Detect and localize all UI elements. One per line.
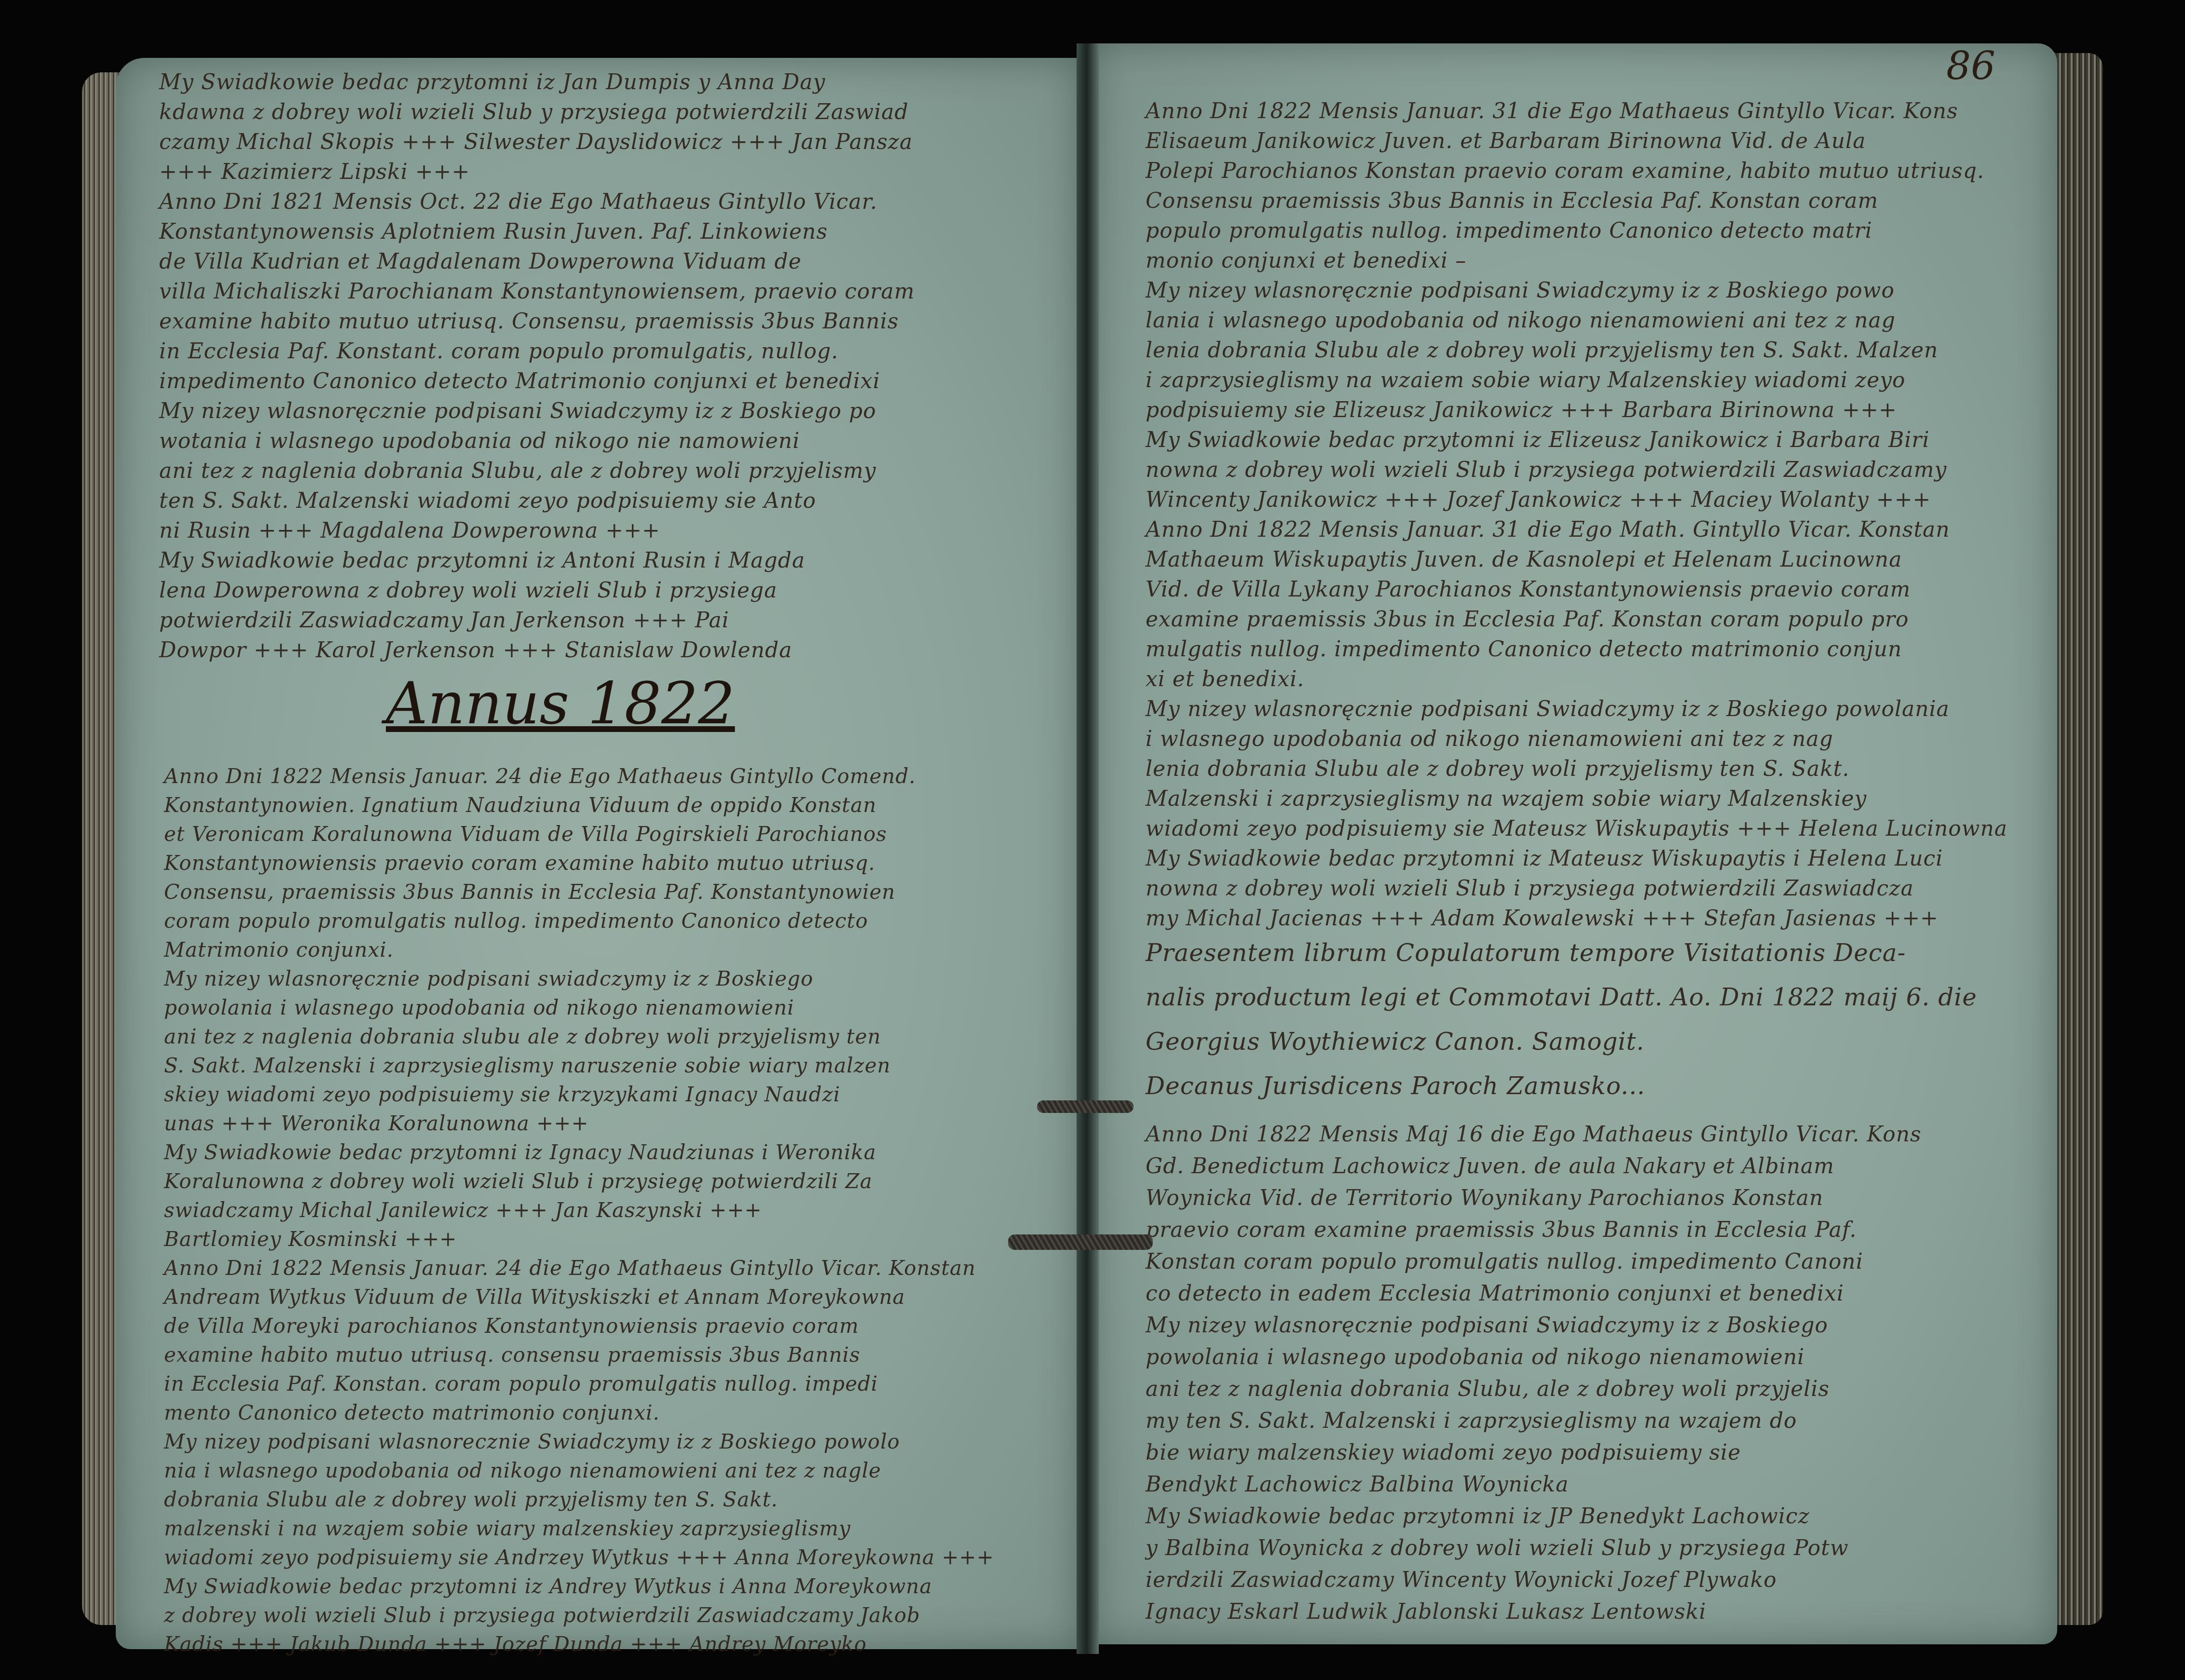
handwritten-line: mulgatis nullog. impedimento Canonico de… [1146, 635, 2007, 664]
handwritten-line: Anno Dni 1822 Mensis Januar. 24 die Ego … [164, 762, 994, 791]
handwritten-line: ani tez z naglenia dobrania slubu ale z … [164, 1022, 994, 1051]
handwritten-line: Dowpor +++ Karol Jerkenson +++ Stanislaw… [159, 636, 915, 665]
handwritten-line: examine habito mutuo utriusq. Consensu, … [159, 307, 915, 337]
handwritten-line: monio conjunxi et benedixi – [1146, 246, 2007, 276]
handwritten-line: czamy Michal Skopis +++ Silwester Daysli… [159, 127, 915, 157]
handwritten-line: in Ecclesia Paf. Konstant. coram populo … [159, 337, 915, 366]
handwritten-line: My Swiadkowie bedac przytomni iz Elizeus… [1146, 425, 2007, 455]
handwritten-line: My nizey podpisani wlasnorecznie Swiadcz… [164, 1427, 994, 1456]
handwritten-line: Anno Dni 1822 Mensis Januar. 31 die Ego … [1146, 515, 2007, 545]
handwritten-line: +++ Kazimierz Lipski +++ [159, 157, 915, 187]
page-number: 86 [1946, 43, 1995, 88]
handwritten-line: lania i wlasnego upodobania od nikogo ni… [1146, 306, 2007, 336]
handwritten-line: My Swiadkowie bedac przytomni iz Jan Dum… [159, 68, 915, 97]
handwritten-line: lenia dobrania Slubu ale z dobrey woli p… [1146, 754, 2007, 784]
handwritten-line: My nizey wlasnoręcznie podpisani Swiadcz… [1146, 276, 2007, 306]
handwritten-line: nowna z dobrey woli wzieli Slub i przysi… [1146, 874, 2007, 904]
handwritten-line: Woynicka Vid. de Territorio Woynikany Pa… [1146, 1182, 1922, 1214]
handwritten-line: y Balbina Woynicka z dobrey woli wzieli … [1146, 1532, 1922, 1564]
handwritten-line: Decanus Jurisdicens Paroch Zamusko... [1146, 1064, 1977, 1108]
handwritten-line: unas +++ Weronika Koralunowna +++ [164, 1109, 994, 1138]
handwritten-line: powolania i wlasnego upodobania od nikog… [164, 993, 994, 1022]
handwritten-line: Polepi Parochianos Konstan praevio coram… [1146, 156, 2007, 186]
handwritten-line: Konstan coram populo promulgatis nullog.… [1146, 1246, 1922, 1278]
handwritten-line: populo promulgatis nullog. impedimento C… [1146, 216, 2007, 246]
handwritten-line: lenia dobrania Slubu ale z dobrey woli p… [1146, 336, 2007, 366]
handwritten-line: wiadomi zeyo podpisuiemy sie Andrzey Wyt… [164, 1543, 994, 1572]
handwritten-line: nia i wlasnego upodobania od nikogo nien… [164, 1456, 994, 1485]
handwritten-line: Praesentem librum Copulatorum tempore Vi… [1146, 931, 1977, 975]
handwritten-line: Malzenski i zaprzysieglismy na wzajem so… [1146, 784, 2007, 814]
handwritten-line: Matrimonio conjunxi. [164, 935, 994, 964]
handwritten-line: My Swiadkowie bedac przytomni iz Ignacy … [164, 1138, 994, 1167]
handwritten-line: ani tez z naglenia dobrania Slubu, ale z… [1146, 1373, 1922, 1405]
handwritten-line: Consensu, praemissis 3bus Bannis in Eccl… [164, 878, 994, 907]
handwritten-line: ni Rusin +++ Magdalena Dowperowna +++ [159, 516, 915, 546]
handwritten-line: S. Sakt. Malzenski i zaprzysieglismy nar… [164, 1051, 994, 1080]
handwritten-line: ten S. Sakt. Malzenski wiadomi zeyo podp… [159, 486, 915, 516]
handwritten-line: Bendykt Lachowicz Balbina Woynicka [1146, 1469, 1922, 1501]
handwritten-line: My nizey wlasnoręcznie podpisani Swiadcz… [1146, 694, 2007, 724]
handwritten-line: Mathaeum Wiskupaytis Juven. de Kasnolepi… [1146, 545, 2007, 575]
handwritten-line: villa Michaliszki Parochianam Konstantyn… [159, 277, 915, 307]
handwritten-line: my Michal Jacienas +++ Adam Kowalewski +… [1146, 904, 2007, 934]
handwritten-line: Consensu praemissis 3bus Bannis in Eccle… [1146, 186, 2007, 216]
open-register-book: My Swiadkowie bedac przytomni iz Jan Dum… [0, 0, 2185, 1680]
handwritten-line: Anno Dni 1822 Mensis Januar. 31 die Ego … [1146, 96, 2007, 126]
handwritten-line: Konstantynowiensis praevio coram examine… [164, 849, 994, 878]
handwritten-line: i zaprzysieglismy na wzaiem sobie wiary … [1146, 366, 2007, 395]
handwritten-line: de Villa Moreyki parochianos Konstantyno… [164, 1312, 994, 1341]
book-gutter [1077, 43, 1099, 1654]
handwritten-line: Koralunowna z dobrey woli wzieli Slub i … [164, 1167, 994, 1196]
handwritten-line: impedimento Canonico detecto Matrimonio … [159, 366, 915, 396]
handwritten-line: Elisaeum Janikowicz Juven. et Barbaram B… [1146, 126, 2007, 156]
left-page: My Swiadkowie bedac przytomni iz Jan Dum… [116, 58, 1080, 1649]
handwritten-line: powolania i wlasnego upodobania od nikog… [1146, 1341, 1922, 1373]
handwritten-line: potwierdzili Zaswiadczamy Jan Jerkenson … [159, 606, 915, 636]
handwritten-line: Andream Wytkus Viduum de Villa Wityskisz… [164, 1283, 994, 1312]
handwritten-line: skiey wiadomi zeyo podpisuiemy sie krzyz… [164, 1080, 994, 1109]
handwritten-line: Bartlomiey Kosminski +++ [164, 1225, 994, 1254]
handwritten-line: my ten S. Sakt. Malzenski i zaprzysiegli… [1146, 1405, 1922, 1437]
handwritten-line: My nizey wlasnoręcznie podpisani Swiadcz… [1146, 1310, 1922, 1341]
handwritten-line: co detecto in eadem Ecclesia Matrimonio … [1146, 1278, 1922, 1310]
handwritten-line: examine habito mutuo utriusq. consensu p… [164, 1341, 994, 1369]
handwritten-line: lena Dowperowna z dobrey woli wzieli Slu… [159, 576, 915, 606]
handwritten-line: dobrania Slubu ale z dobrey woli przyjel… [164, 1485, 994, 1514]
handwritten-line: podpisuiemy sie Elizeusz Janikowicz +++ … [1146, 395, 2007, 425]
handwritten-line: malzenski i na wzajem sobie wiary malzen… [164, 1514, 994, 1543]
handwritten-line: Wincenty Janikowicz +++ Jozef Jankowicz … [1146, 485, 2007, 515]
left-entries-top: My Swiadkowie bedac przytomni iz Jan Dum… [159, 68, 915, 665]
handwritten-line: wotania i wlasnego upodobania od nikogo … [159, 426, 915, 456]
handwritten-line: nowna z dobrey woli wzieli Slub i przysi… [1146, 455, 2007, 485]
right-page: 86 Anno Dni 1822 Mensis Januar. 31 die E… [1092, 43, 2057, 1644]
left-entries-bottom: Anno Dni 1822 Mensis Januar. 24 die Ego … [164, 762, 994, 1659]
right-entries-bottom: Anno Dni 1822 Mensis Maj 16 die Ego Math… [1146, 1119, 1922, 1628]
handwritten-line: Gd. Benedictum Lachowicz Juven. de aula … [1146, 1151, 1922, 1182]
binding-thread-lower [1008, 1234, 1153, 1250]
year-heading-text: Annus 1822 [386, 668, 735, 740]
handwritten-line: My Swiadkowie bedac przytomni iz Antoni … [159, 546, 915, 576]
handwritten-line: in Ecclesia Paf. Konstan. coram populo p… [164, 1369, 994, 1398]
visitation-note: Praesentem librum Copulatorum tempore Vi… [1146, 931, 1977, 1108]
handwritten-line: Konstantynowien. Ignatium Naudziuna Vidu… [164, 791, 994, 820]
right-entries-top: Anno Dni 1822 Mensis Januar. 31 die Ego … [1146, 96, 2007, 934]
handwritten-line: z dobrey woli wzieli Slub i przysiega po… [164, 1601, 994, 1630]
handwritten-line: nalis productum legi et Commotavi Datt. … [1146, 975, 1977, 1019]
handwritten-line: wiadomi zeyo podpisuiemy sie Mateusz Wis… [1146, 814, 2007, 844]
handwritten-line: ani tez z naglenia dobrania Slubu, ale z… [159, 456, 915, 486]
handwritten-line: de Villa Kudrian et Magdalenam Dowperown… [159, 247, 915, 277]
handwritten-line: Anno Dni 1822 Mensis Maj 16 die Ego Math… [1146, 1119, 1922, 1151]
handwritten-line: My Swiadkowie bedac przytomni iz Mateusz… [1146, 844, 2007, 874]
binding-thread-upper [1037, 1100, 1133, 1113]
handwritten-line: Anno Dni 1821 Mensis Oct. 22 die Ego Mat… [159, 187, 915, 217]
handwritten-line: swiadczamy Michal Janilewicz +++ Jan Kas… [164, 1196, 994, 1225]
handwritten-line: My Swiadkowie bedac przytomni iz Andrey … [164, 1572, 994, 1601]
handwritten-line: bie wiary malzenskiey wiadomi zeyo podpi… [1146, 1437, 1922, 1469]
handwritten-line: ierdzili Zaswiadczamy Wincenty Woynicki … [1146, 1564, 1922, 1596]
handwritten-line: Kadis +++ Jakub Dunda +++ Jozef Dunda ++… [164, 1630, 994, 1659]
handwritten-line: Konstantynowensis Aplotniem Rusin Juven.… [159, 217, 915, 247]
handwritten-line: Ignacy Eskarl Ludwik Jablonski Lukasz Le… [1146, 1596, 1922, 1628]
handwritten-line: kdawna z dobrey woli wzieli Slub y przys… [159, 97, 915, 127]
handwritten-line: i wlasnego upodobania od nikogo nienamow… [1146, 724, 2007, 754]
handwritten-line: My Swiadkowie bedac przytomni iz JP Bene… [1146, 1501, 1922, 1532]
handwritten-line: examine praemissis 3bus in Ecclesia Paf.… [1146, 605, 2007, 635]
handwritten-line: Georgius Woythiewicz Canon. Samogit. [1146, 1019, 1977, 1064]
handwritten-line: Vid. de Villa Lykany Parochianos Konstan… [1146, 575, 2007, 605]
handwritten-line: mento Canonico detecto matrimonio conjun… [164, 1398, 994, 1427]
handwritten-line: praevio coram examine praemissis 3bus Ba… [1146, 1214, 1922, 1246]
handwritten-line: My nizey wlasnoręcznie podpisani Swiadcz… [159, 396, 915, 426]
handwritten-line: My nizey wlasnoręcznie podpisani swiadcz… [164, 964, 994, 993]
year-heading: Annus 1822 [386, 668, 735, 740]
handwritten-line: coram populo promulgatis nullog. impedim… [164, 907, 994, 935]
handwritten-line: et Veronicam Koralunowna Viduam de Villa… [164, 820, 994, 849]
handwritten-line: xi et benedixi. [1146, 664, 2007, 694]
handwritten-line: Anno Dni 1822 Mensis Januar. 24 die Ego … [164, 1254, 994, 1283]
